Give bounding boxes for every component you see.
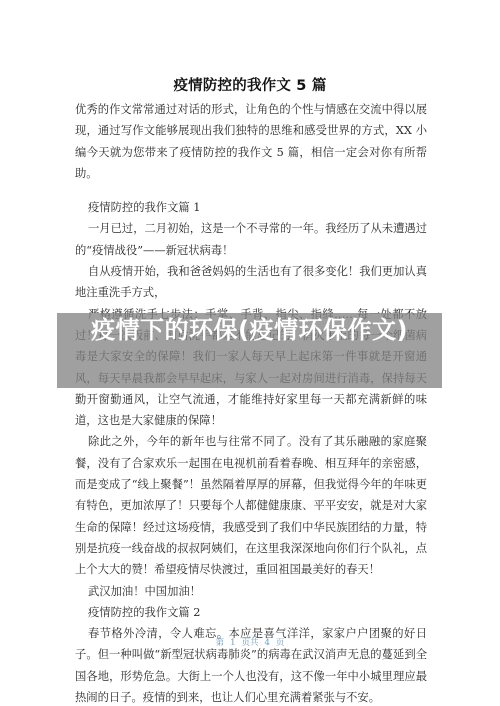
footer-current-page: 1 <box>230 638 235 648</box>
footer-prefix: 第 <box>216 638 225 648</box>
footer-middle: 页共 <box>241 638 258 648</box>
paragraph: 武汉加油！中国加油！ <box>75 581 427 602</box>
overlay-title: 疫情下的环保(疫情环保作文) <box>57 316 442 345</box>
document-title: 疫情防控的我作文 5 篇 <box>0 74 500 95</box>
paragraph: 除此之外，今年的新年也与往常不同了。没有了其乐融融的家庭聚餐，没有了合家欢乐一起… <box>75 431 427 580</box>
paragraph: 自从疫情开始，我和爸爸妈妈的生活也有了很多变化！我们更加认真地注重洗手方式， <box>75 261 427 304</box>
footer-total-pages: 4 <box>265 638 270 648</box>
section-heading-2: 疫情防控的我作文篇 2 <box>75 602 427 623</box>
section-heading-1: 疫情防控的我作文篇 1 <box>75 197 427 218</box>
footer-suffix: 页 <box>276 638 285 648</box>
intro-paragraph: 优秀的作文常常通过对话的形式，让角色的个性与情感在交流中得以展现，通过写作文能够… <box>75 99 427 184</box>
page-footer: 第1页共4页 <box>0 636 500 648</box>
paragraph: 一月已过，二月初始，这是一个不寻常的一年。我经历了从未遭遇过的“疫情战役”——新… <box>75 218 427 261</box>
document-body: 优秀的作文常常通过对话的形式，让角色的个性与情感在交流中得以展现，通过写作文能够… <box>75 99 427 706</box>
